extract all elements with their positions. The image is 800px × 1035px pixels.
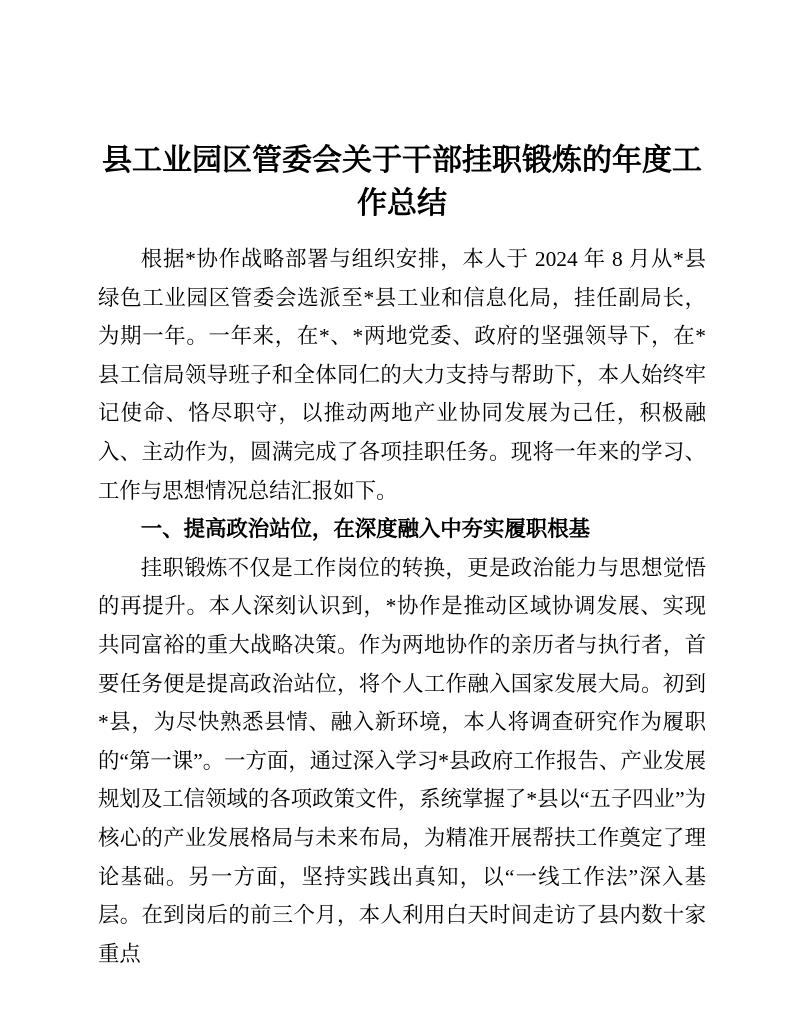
document-content: 县工业园区管委会关于干部挂职锻炼的年度工作总结 根据*协作战略部署与组织安排，本… [98,139,706,973]
paragraph-section-1: 挂职锻炼不仅是工作岗位的转换，更是政治能力与思想觉悟的再提升。本人深刻认识到，*… [98,549,706,974]
document-title: 县工业园区管委会关于干部挂职锻炼的年度工作总结 [98,139,706,225]
section-heading-1: 一、提高政治站位，在深度融入中夯实履职根基 [98,510,706,549]
document-page: 县工业园区管委会关于干部挂职锻炼的年度工作总结 根据*协作战略部署与组织安排，本… [0,0,800,1035]
paragraph-intro: 根据*协作战略部署与组织安排，本人于 2024 年 8 月从*县绿色工业园区管委… [98,240,706,510]
document-body: 根据*协作战略部署与组织安排，本人于 2024 年 8 月从*县绿色工业园区管委… [98,240,706,973]
